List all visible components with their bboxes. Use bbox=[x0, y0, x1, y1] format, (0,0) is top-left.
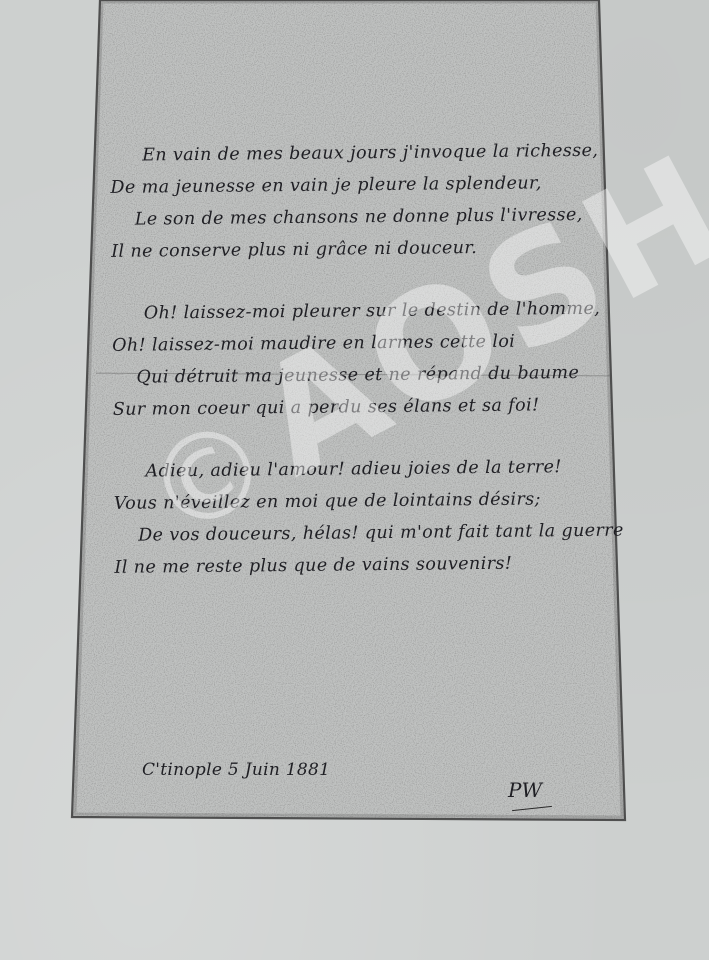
poem-line: Il ne conserve plus ni grâce ni douceur. bbox=[101, 231, 621, 268]
poem-line: Adieu, adieu l'amour! adieu joies de la … bbox=[103, 451, 623, 488]
stanza-2: Oh! laissez-moi pleurer sur le destin de… bbox=[102, 293, 623, 426]
poem-line: En vain de mes beaux jours j'invoque la … bbox=[100, 135, 620, 172]
document-photo: En vain de mes beaux jours j'invoque la … bbox=[0, 0, 709, 960]
poem-line: Oh! laissez-moi pleurer sur le destin de… bbox=[102, 293, 622, 330]
poem-line: Qui détruit ma jeunesse et ne répand du … bbox=[102, 357, 622, 394]
poem-line: Le son de mes chansons ne donne plus l'i… bbox=[101, 199, 621, 236]
dateline: C'tinople 5 Juin 1881 bbox=[142, 760, 330, 780]
signature: PW bbox=[508, 778, 542, 802]
stanza-3: Adieu, adieu l'amour! adieu joies de la … bbox=[103, 451, 624, 584]
poem-line: Sur mon coeur qui a perdu ses élans et s… bbox=[103, 389, 623, 426]
stanza-1: En vain de mes beaux jours j'invoque la … bbox=[100, 135, 621, 268]
poem-line: Il ne me reste plus que de vains souveni… bbox=[104, 547, 624, 584]
poem: En vain de mes beaux jours j'invoque la … bbox=[100, 135, 625, 614]
poem-line: De vos douceurs, hélas! qui m'ont fait t… bbox=[104, 515, 624, 552]
